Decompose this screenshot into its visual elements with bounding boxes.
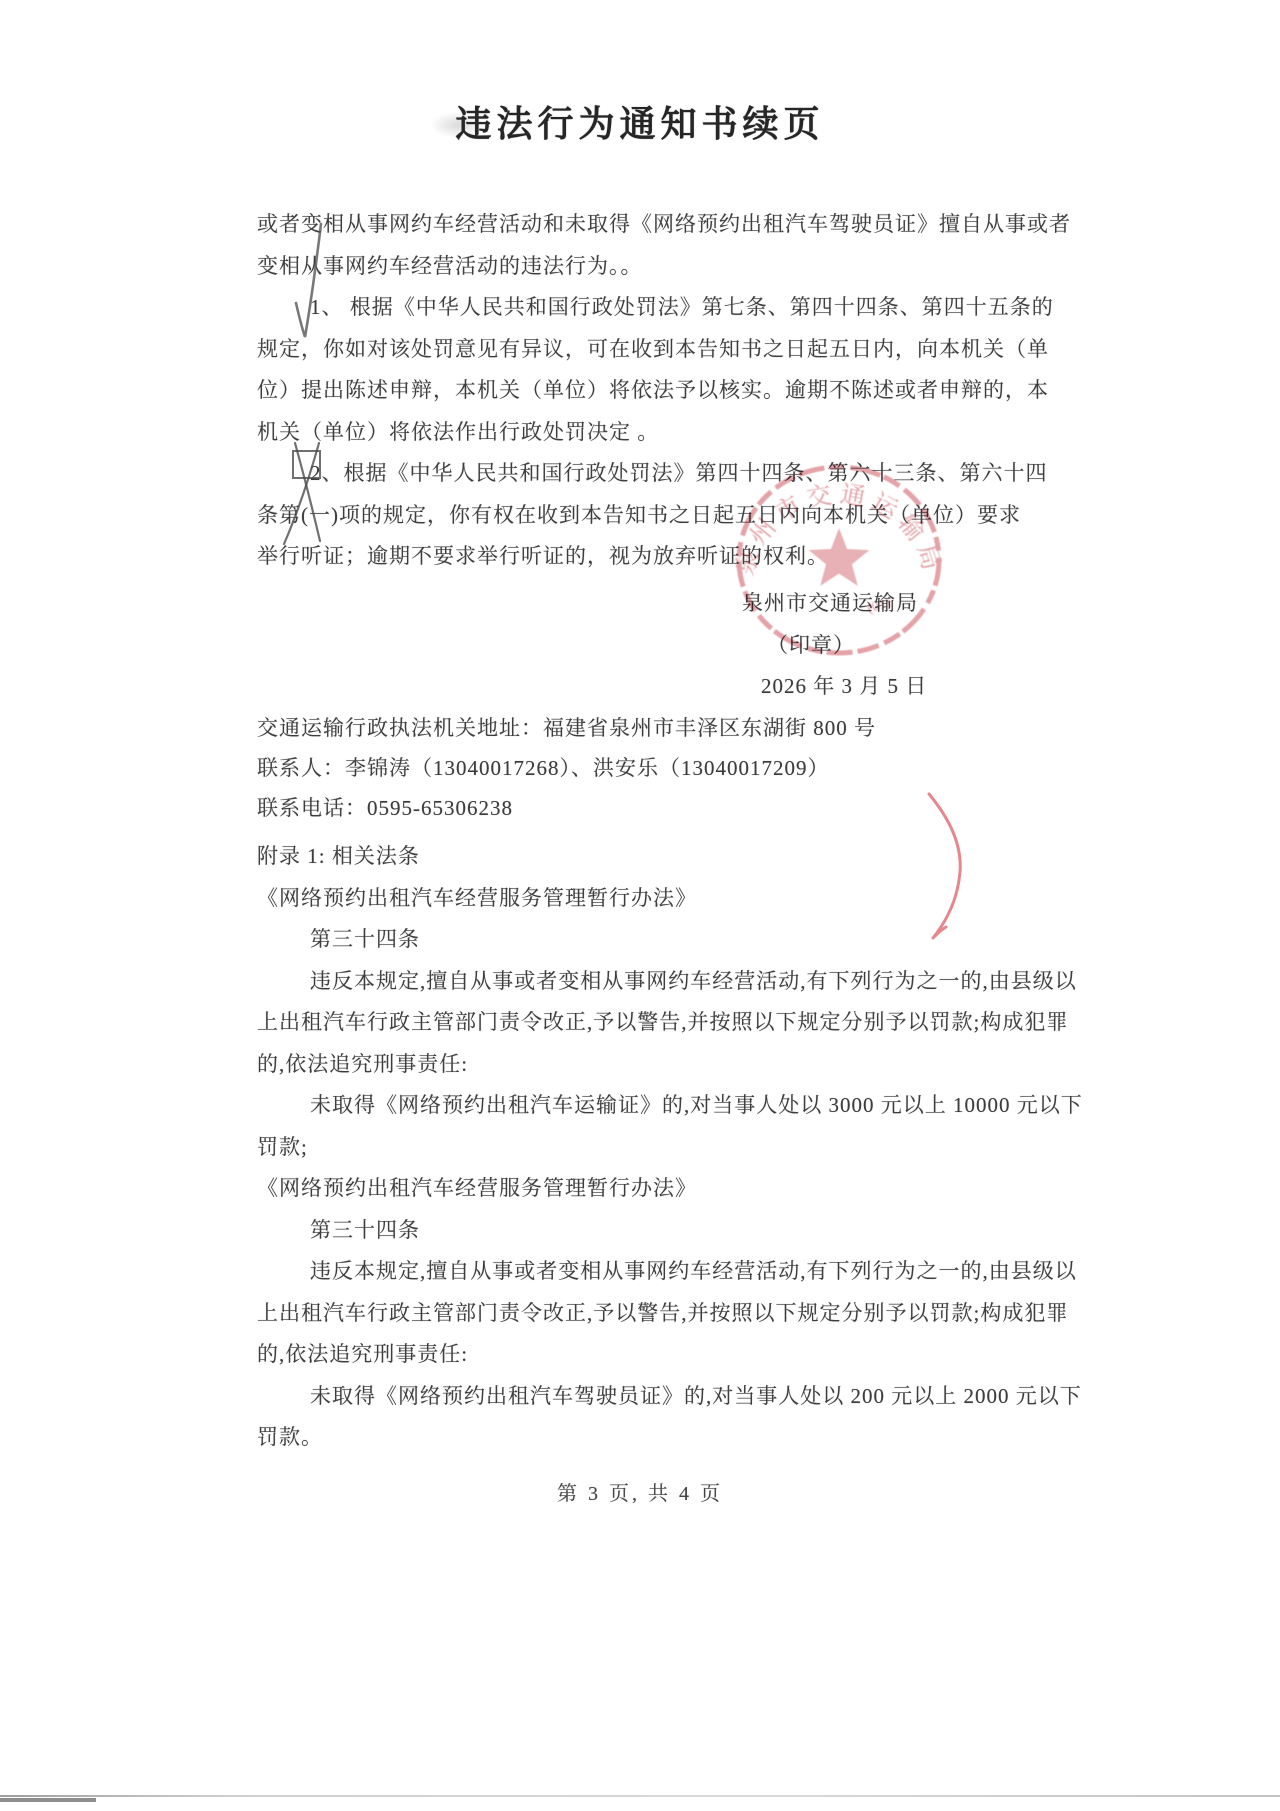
contact-phone: 联系电话：0595-65306238 [257, 788, 1047, 828]
law-text-line: 罚款。 [257, 1417, 1057, 1459]
contact-address: 交通运输行政执法机关地址：福建省泉州市丰泽区东湖街 800 号 [257, 708, 1047, 748]
law-text-line: 的,依法追究刑事责任: [257, 1334, 1057, 1376]
item1-line: 规定，你如对该处罚意见有异议，可在收到本告知书之日起五日内，向本机关（单 [257, 329, 1047, 371]
appendix-block: 附录 1: 相关法条 《网络预约出租汽车经营服务管理暂行办法》 第三十四条 违反… [257, 836, 1057, 1459]
law-article: 第三十四条 [257, 1210, 1057, 1252]
law-text-line: 的,依法追究刑事责任: [257, 1044, 1057, 1086]
page-title: 违法行为通知书续页 [0, 96, 1280, 147]
law-article: 第三十四条 [257, 919, 1057, 961]
law-text-line: 上出租汽车行政主管部门责令改正,予以警告,并按照以下规定分别予以罚款;构成犯罪 [257, 1002, 1057, 1044]
signature-seal-label: （印章） [767, 629, 855, 659]
item1-line: 位）提出陈述申辩，本机关（单位）将依法予以核实。逾期不陈述或者申辩的，本 [257, 370, 1047, 412]
item1-line: 1、 根据《中华人民共和国行政处罚法》第七条、第四十四条、第四十五条的 [257, 287, 1047, 329]
item2-line: 举行听证；逾期不要求举行听证的，视为放弃听证的权利。 [257, 536, 1047, 578]
item2-line: 条第(一)项的规定，你有权在收到本告知书之日起五日内向本机关（单位）要求 [257, 495, 1047, 537]
page-number: 第 3 页, 共 4 页 [0, 1477, 1280, 1506]
contact-block: 交通运输行政执法机关地址：福建省泉州市丰泽区东湖街 800 号 联系人：李锦涛（… [257, 708, 1047, 828]
signature-date: 2026 年 3 月 5 日 [761, 670, 927, 700]
law-title: 《网络预约出租汽车经营服务管理暂行办法》 [257, 1168, 1057, 1210]
appendix-heading: 附录 1: 相关法条 [257, 836, 1057, 878]
contact-persons: 联系人：李锦涛（13040017268）、洪安乐（13040017209） [257, 748, 1047, 788]
intro-line: 或者变相从事网约车经营活动和未取得《网络预约出租汽车驾驶员证》擅自从事或者 [257, 204, 1047, 246]
law-text-line: 未取得《网络预约出租汽车驾驶员证》的,对当事人处以 200 元以上 2000 元… [257, 1376, 1057, 1418]
item1-line: 机关（单位）将依法作出行政处罚决定 。 [257, 412, 1047, 454]
item2-line: 2、根据《中华人民共和国行政处罚法》第四十四条、第六十三条、第六十四 [257, 453, 1047, 495]
law-text-line: 罚款; [257, 1127, 1057, 1169]
scan-bottom-edge [0, 1795, 1280, 1797]
law-text-line: 上出租汽车行政主管部门责令改正,予以警告,并按照以下规定分别予以罚款;构成犯罪 [257, 1293, 1057, 1335]
law-text-line: 违反本规定,擅自从事或者变相从事网约车经营活动,有下列行为之一的,由县级以 [257, 1251, 1057, 1293]
law-title: 《网络预约出租汽车经营服务管理暂行办法》 [257, 878, 1057, 920]
signature-org: 泉州市交通运输局 [742, 587, 918, 617]
scan-bottom-edge-dark [0, 1798, 96, 1802]
notice-body: 或者变相从事网约车经营活动和未取得《网络预约出租汽车驾驶员证》擅自从事或者 变相… [257, 204, 1047, 578]
law-text-line: 违反本规定,擅自从事或者变相从事网约车经营活动,有下列行为之一的,由县级以 [257, 961, 1057, 1003]
law-text-line: 未取得《网络预约出租汽车运输证》的,对当事人处以 3000 元以上 10000 … [257, 1085, 1057, 1127]
scanned-document-page: 违法行为通知书续页 或者变相从事网约车经营活动和未取得《网络预约出租汽车驾驶员证… [0, 0, 1280, 1811]
intro-line: 变相从事网约车经营活动的违法行为。。 [257, 246, 1047, 288]
